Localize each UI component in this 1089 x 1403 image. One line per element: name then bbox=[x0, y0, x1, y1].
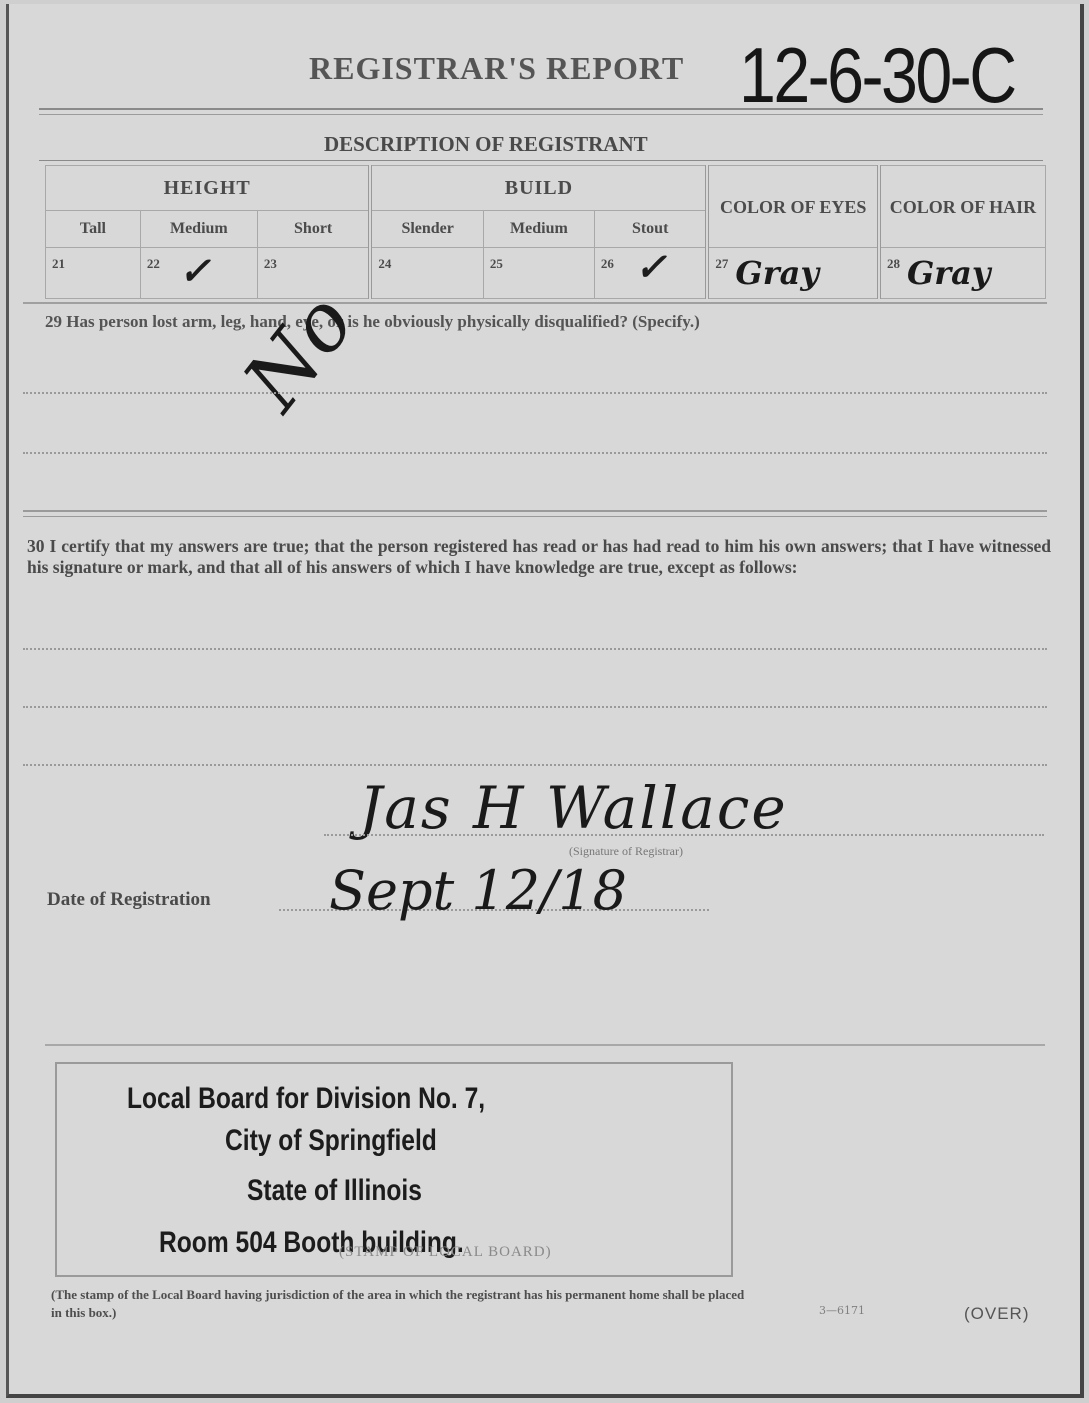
eye-color-header: COLOR OF EYES bbox=[707, 166, 879, 248]
build-stout-checkmark: ✓ bbox=[635, 244, 667, 289]
height-medium-checkmark: ✓ bbox=[179, 248, 211, 293]
build-medium-label: Medium bbox=[483, 211, 594, 248]
exception-line-3 bbox=[23, 764, 1047, 766]
question-29: 29 Has person lost arm, leg, hand, eye, … bbox=[45, 312, 1045, 332]
height-medium-cell: 22 ✓ bbox=[140, 248, 257, 299]
signature-caption: (Signature of Registrar) bbox=[569, 844, 683, 859]
question-30-text: I certify that my answers are true; that… bbox=[27, 536, 1051, 577]
exception-line-1 bbox=[23, 648, 1047, 650]
registration-card: REGISTRAR'S REPORT 12-6-30-C DESCRIPTION… bbox=[6, 4, 1084, 1398]
height-header: HEIGHT bbox=[46, 166, 371, 211]
header-rule-top bbox=[39, 108, 1043, 110]
section-title: DESCRIPTION OF REGISTRANT bbox=[324, 132, 648, 157]
stamp-line-2: City of Springfield bbox=[225, 1124, 437, 1158]
build-medium-cell: 25 bbox=[483, 248, 594, 299]
height-tall-cell: 21 bbox=[46, 248, 141, 299]
stamp-section-rule bbox=[45, 1044, 1045, 1046]
question-30: 30 I certify that my answers are true; t… bbox=[27, 536, 1051, 578]
question-30-number: 30 bbox=[27, 536, 45, 556]
registrar-signature: Jas H Wallace bbox=[359, 774, 788, 842]
stamp-instruction: (The stamp of the Local Board having jur… bbox=[51, 1286, 751, 1322]
answer-line-2 bbox=[23, 452, 1047, 454]
hair-color-cell: 28 Gray bbox=[879, 248, 1046, 299]
section-divider-thin bbox=[23, 516, 1047, 517]
question-29-text: Has person lost arm, leg, hand, eye, or … bbox=[66, 312, 699, 331]
build-slender-label: Slender bbox=[370, 211, 483, 248]
header-rule-bottom bbox=[39, 114, 1043, 115]
build-slender-cell: 24 bbox=[370, 248, 483, 299]
date-of-registration-label: Date of Registration bbox=[47, 889, 211, 911]
over-label: (OVER) bbox=[964, 1304, 1030, 1324]
build-stout-cell: 26 ✓ bbox=[594, 248, 707, 299]
height-medium-label: Medium bbox=[140, 211, 257, 248]
exception-line-2 bbox=[23, 706, 1047, 708]
signature-line bbox=[324, 834, 1044, 836]
stamp-caption: (STAMP OF LOCAL BOARD) bbox=[339, 1244, 552, 1261]
height-short-label: Short bbox=[257, 211, 370, 248]
build-header: BUILD bbox=[370, 166, 707, 211]
report-title: REGISTRAR'S REPORT bbox=[309, 50, 684, 87]
stamp-line-1: Local Board for Division No. 7, bbox=[127, 1082, 485, 1116]
section-divider bbox=[23, 510, 1047, 512]
section-rule bbox=[39, 160, 1043, 161]
build-stout-label: Stout bbox=[594, 211, 707, 248]
stamp-line-3: State of Illinois bbox=[247, 1174, 422, 1208]
answer-line-1 bbox=[23, 392, 1047, 394]
height-tall-label: Tall bbox=[46, 211, 141, 248]
table-bottom-rule bbox=[23, 302, 1047, 304]
question-29-answer: No bbox=[226, 277, 372, 427]
hair-color-header: COLOR OF HAIR bbox=[879, 166, 1046, 248]
eye-color-value: Gray bbox=[735, 254, 819, 292]
question-29-number: 29 bbox=[45, 312, 62, 331]
description-table: HEIGHT BUILD COLOR OF EYES COLOR OF HAIR… bbox=[45, 165, 1046, 299]
eye-color-cell: 27 Gray bbox=[707, 248, 879, 299]
hair-color-value: Gray bbox=[907, 254, 991, 292]
date-of-registration-value: Sept 12/18 bbox=[329, 859, 627, 922]
form-number: 3—6171 bbox=[819, 1304, 865, 1317]
